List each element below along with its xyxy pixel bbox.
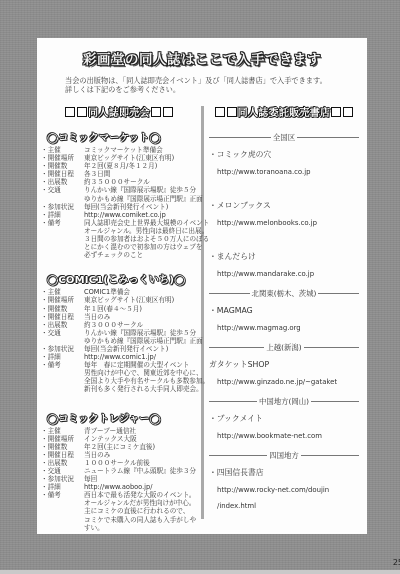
- column-divider: [201, 106, 204, 519]
- event-url-link[interactable]: http://www.comiket.co.jp: [84, 211, 197, 219]
- row-key: ・主催: [41, 146, 84, 154]
- row-key: ・備考: [41, 361, 84, 393]
- row-value: 東京ビッグサイト(江東区有明): [84, 296, 197, 304]
- section-header-events: 同人誌即売会: [41, 104, 197, 119]
- square-icon: [215, 107, 225, 117]
- event-row: ・備考 西日本で最も活発な大阪のイベント。 オールジャンルだが男性向けが中心。 …: [41, 491, 197, 531]
- events-column: 同人誌即売会 ◯コミックマーケット◯ ・主催コミックマーケット準備会 ・開催場所…: [41, 104, 197, 532]
- spacer: [209, 176, 359, 194]
- row-value: 毎回(当会新刊発行イベント): [84, 203, 197, 211]
- event-row: ・備考 毎年 春に定期開催の大型イベント 男性向けが中心で、関東近郊を中心に、 …: [41, 361, 197, 393]
- rule-line: [297, 137, 359, 138]
- row-key: ・主催: [41, 427, 84, 435]
- row-key: ・参加状況: [41, 203, 84, 211]
- event-comic-treasure: ◯コミックトレジャー◯ ・主催青ブーブー通信社 ・開催場所インテックス大阪 ・開…: [41, 410, 197, 532]
- section-header-label: 同人誌委託販売書店: [238, 108, 331, 119]
- row-value: りんかい線『国際展示場駅』徒歩５分: [84, 329, 203, 337]
- event-row: ・参加状況毎回: [41, 475, 197, 483]
- square-icon: [77, 107, 87, 117]
- row-key: ・開催数: [41, 443, 84, 451]
- shop-url-link[interactable]: http://www.toranoana.co.jp: [217, 168, 359, 176]
- shop-name: ・ブックメイト: [209, 413, 359, 424]
- row-key: ・交通: [41, 467, 84, 475]
- row-value: りんかい線『国際展示場駅』徒歩５分: [84, 186, 203, 194]
- region-label: 上越(新潟): [264, 342, 303, 353]
- row-key: ・開催場所: [41, 296, 84, 304]
- region-label: 四国地方: [267, 450, 301, 461]
- row-value: 新刊も多く発行される大手同人即売会。: [84, 385, 209, 393]
- row-value: ニュートラム線『中ふ頭駅』徒歩３分: [84, 467, 197, 475]
- shop-name: ・コミック虎の穴: [209, 149, 359, 160]
- rule-line: [304, 347, 359, 348]
- row-value: 主にコミケの直後に行われるので、: [84, 507, 197, 515]
- event-title: ◯COMIC1(こみっくいち)◯: [47, 271, 197, 286]
- rule-line: [209, 293, 250, 294]
- event-row: ・出展数１０００サークル前後: [41, 459, 197, 467]
- shop-name: ・まんだらけ: [209, 251, 359, 262]
- event-row: ・開催日程当日のみ: [41, 313, 197, 321]
- intro-line: 詳しくは下記のをご参考ください。: [65, 85, 355, 94]
- row-key: ・開催日程: [41, 451, 84, 459]
- row-key: ・開催場所: [41, 154, 84, 162]
- row-value: 青ブーブー通信社: [84, 427, 197, 435]
- shop-url-link-continued[interactable]: /index.html: [217, 502, 359, 510]
- event-row: ・備考 同人誌即売会史上世界最大規模のイベント オールジャンル。男性向は最終日に…: [41, 219, 197, 259]
- region-divider: 北関東(栃木、茨城): [209, 288, 359, 299]
- intro-text: 当会の出版物は、「同人誌即売会イベント」及び「同人誌書店」で入手できます。 詳し…: [65, 76, 355, 94]
- row-value: オールジャンル。男性向は最終日に出展。: [84, 227, 209, 235]
- section-header-shops: 同人誌委託販売書店: [209, 104, 359, 119]
- region-divider: 上越(新潟): [209, 342, 359, 353]
- event-row: ・出展数約３０００サークル: [41, 321, 197, 329]
- page-bottom-edge: [0, 570, 400, 574]
- row-value: 必ずチェックのこと: [84, 251, 209, 259]
- shop-url-link[interactable]: http://www.bookmate-net.com: [217, 432, 359, 440]
- event-row: ・主催コミックマーケット準備会: [41, 146, 197, 154]
- row-value: ３日間の参加者はおよそ５０万人にのぼる: [84, 235, 209, 243]
- row-value: とにかく混むので初参加の方はウェブを: [84, 243, 209, 251]
- event-row: ・交通りんかい線『国際展示場駅』徒歩５分ゆりかもめ線『国際展示場正門駅』正面: [41, 329, 197, 345]
- rule-line: [311, 401, 359, 402]
- row-key: ・詳細: [41, 211, 84, 219]
- shop-url-link[interactable]: http://www.mandarake.co.jp: [217, 270, 359, 278]
- region-divider: 中国地方(岡山): [209, 396, 359, 407]
- row-value: 同人誌即売会史上世界最大規模のイベント: [84, 219, 209, 227]
- row-key: ・開催数: [41, 305, 84, 313]
- square-icon: [65, 107, 75, 117]
- rule-line: [301, 455, 359, 456]
- shop-url-link[interactable]: http://www.magmag.org: [217, 324, 359, 332]
- page-number: 25: [393, 558, 400, 567]
- event-row: ・主催青ブーブー通信社: [41, 427, 197, 435]
- event-row: ・開催日程当日のみ: [41, 451, 197, 459]
- content-panel: 彩画堂の同人誌はここで入手できます 当会の出版物は、「同人誌即売会イベント」及び…: [37, 38, 367, 534]
- row-key: ・開催日程: [41, 313, 84, 321]
- row-key: ・開催場所: [41, 435, 84, 443]
- row-key: ・参加状況: [41, 475, 84, 483]
- region-label: 北関東(栃木、茨城): [250, 288, 319, 299]
- region-divider: 四国地方: [209, 450, 359, 461]
- row-value: コミケで未購入の同人誌も入手がしや: [84, 516, 197, 524]
- row-value: インテックス大阪: [84, 435, 197, 443]
- event-row: ・開催場所インテックス大阪: [41, 435, 197, 443]
- event-row: ・参加状況毎回(当会新刊発行イベント): [41, 203, 197, 211]
- event-row: ・詳細http://www.comiket.co.jp: [41, 211, 197, 219]
- row-value: 毎回(当会新刊発行イベント): [84, 345, 197, 353]
- row-value: 東京ビッグサイト(江東区有明): [84, 154, 197, 162]
- square-icon: [343, 107, 353, 117]
- row-value: ゆりかもめ線『国際展示場正門駅』正面: [84, 337, 203, 345]
- rule-line: [318, 293, 359, 294]
- region-divider: 全国区: [209, 132, 359, 143]
- event-comiket: ◯コミックマーケット◯ ・主催コミックマーケット準備会 ・開催場所東京ビッグサイ…: [41, 129, 197, 259]
- row-key: ・参加状況: [41, 345, 84, 353]
- row-key: ・出展数: [41, 321, 84, 329]
- spacer: [209, 227, 359, 245]
- section-header-label: 同人誌即売会: [88, 108, 150, 119]
- square-icon: [331, 107, 341, 117]
- shop-url-link[interactable]: http://www.melonbooks.co.jp: [217, 219, 359, 227]
- event-row: ・開催数年１回(春４～５月): [41, 305, 197, 313]
- rule-line: [209, 455, 267, 456]
- shop-name: ・四国信長書店: [209, 467, 359, 478]
- row-value: １０００サークル前後: [84, 459, 197, 467]
- shop-url-link[interactable]: http://www.rocky-net.com/doujin: [217, 486, 359, 494]
- row-key: ・出展数: [41, 459, 84, 467]
- row-value: 毎回: [84, 475, 197, 483]
- event-row: ・開催場所東京ビッグサイト(江東区有明): [41, 154, 197, 162]
- row-value: 年１回(春４～５月): [84, 305, 197, 313]
- event-comic1: ◯COMIC1(こみっくいち)◯ ・主催COMIC1準備会 ・開催場所東京ビッグ…: [41, 271, 197, 393]
- square-icon: [163, 107, 173, 117]
- shops-column: 同人誌委託販売書店 全国区 ・コミック虎の穴 http://www.torano…: [209, 104, 359, 510]
- event-title: ◯コミックマーケット◯: [47, 129, 197, 144]
- row-value: 当日のみ: [84, 313, 197, 321]
- event-row: ・開催場所東京ビッグサイト(江東区有明): [41, 296, 197, 304]
- event-row: ・開催数年２回(主にコミケ直後): [41, 443, 197, 451]
- event-title: ◯コミックトレジャー◯: [47, 410, 197, 425]
- row-value: ゆりかもめ線『国際展示場正門駅』正面: [84, 195, 203, 203]
- row-key: ・交通: [41, 329, 84, 345]
- event-url-link[interactable]: http://www.comic1.jp/: [84, 353, 197, 361]
- intro-line: 当会の出版物は、「同人誌即売会イベント」及び「同人誌書店」で入手できます。: [65, 76, 355, 85]
- row-value: コミックマーケット準備会: [84, 146, 197, 154]
- square-icon: [151, 107, 161, 117]
- row-key: ・備考: [41, 491, 84, 531]
- row-value: 約３０００サークル: [84, 321, 197, 329]
- row-key: ・詳細: [41, 353, 84, 361]
- row-value: 年２回(主にコミケ直後): [84, 443, 197, 451]
- row-value: すい。: [84, 524, 197, 532]
- rule-line: [209, 347, 264, 348]
- page-title: 彩画堂の同人誌はここで入手できます: [37, 48, 367, 68]
- shop-name: ・メロンブックス: [209, 200, 359, 211]
- row-value: 当日のみ: [84, 451, 197, 459]
- event-row: ・詳細http://www.comic1.jp/: [41, 353, 197, 361]
- square-icon: [227, 107, 237, 117]
- shop-name: ・MAGMAG: [209, 305, 359, 316]
- row-key: ・交通: [41, 186, 84, 202]
- shop-name: ガタケットSHOP: [209, 359, 359, 370]
- event-row: ・参加状況毎回(当会新刊発行イベント): [41, 345, 197, 353]
- region-label: 中国地方(岡山): [257, 396, 311, 407]
- event-row: ・交通りんかい線『国際展示場駅』徒歩５分ゆりかもめ線『国際展示場正門駅』正面: [41, 186, 197, 202]
- event-row: ・交通ニュートラム線『中ふ頭駅』徒歩３分: [41, 467, 197, 475]
- rule-line: [209, 137, 271, 138]
- region-label: 全国区: [271, 132, 297, 143]
- shop-url-link[interactable]: http://www.ginzado.ne.jp/~gataket: [217, 378, 359, 386]
- row-key: ・備考: [41, 219, 84, 259]
- rule-line: [209, 401, 257, 402]
